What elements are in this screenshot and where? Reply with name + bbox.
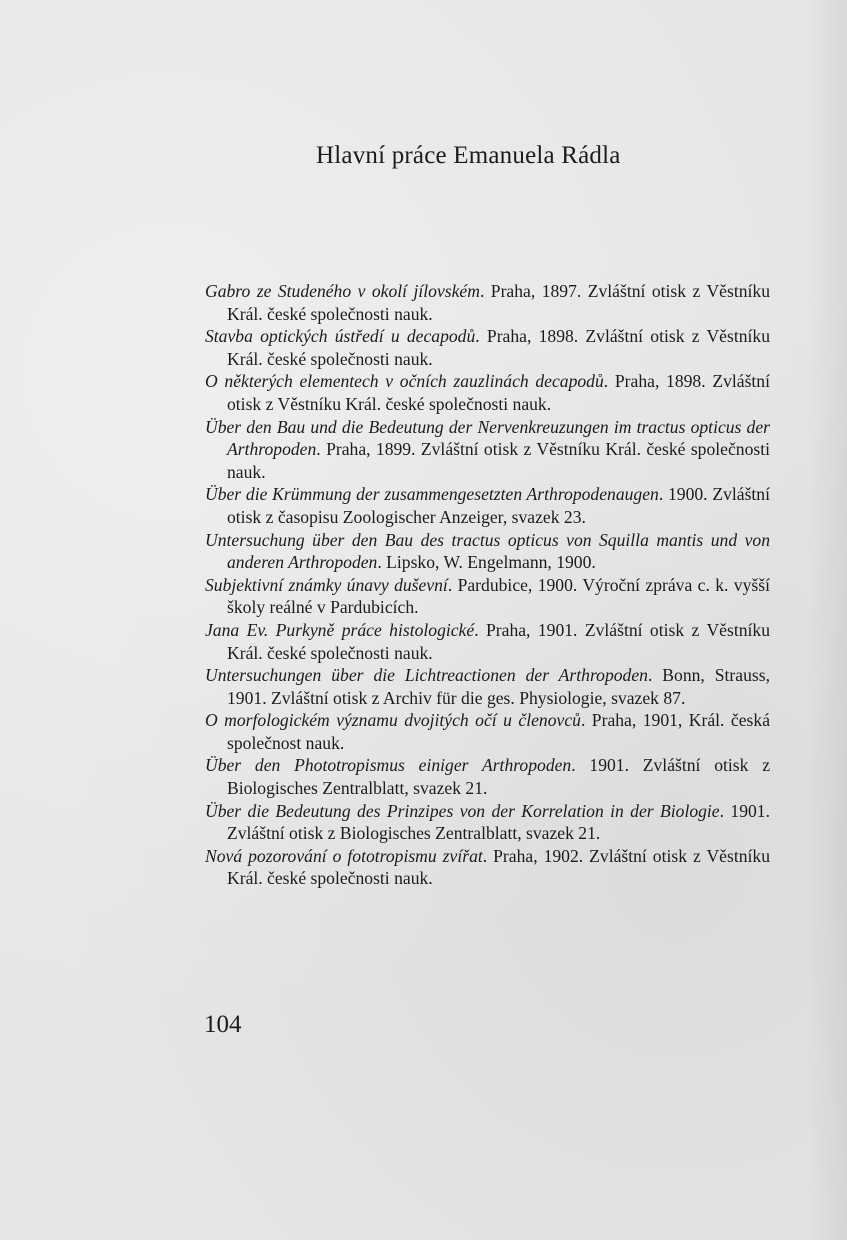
entry-title: Subjektivní známky únavy duševní bbox=[205, 575, 448, 595]
bibliography-entry: Über den Bau und die Bedeutung der Nerve… bbox=[205, 416, 770, 484]
bibliography-entry: Untersuchung über den Bau des tractus op… bbox=[205, 529, 770, 574]
entry-title: Jana Ev. Purkyně práce histologické bbox=[205, 620, 474, 640]
entry-title: Untersuchungen über die Lichtreactionen … bbox=[205, 665, 648, 685]
bibliography-entry: Subjektivní známky únavy duševní. Pardub… bbox=[205, 574, 770, 619]
bibliography-entry: Stavba optických ústředí u decapodů. Pra… bbox=[205, 325, 770, 370]
bibliography-entry: Über die Krümmung der zusammengesetzten … bbox=[205, 483, 770, 528]
entry-details: . Lipsko, W. Engel­mann, 1900. bbox=[377, 552, 595, 572]
entry-title: Über den Phototropismus einiger Arthropo… bbox=[205, 755, 571, 775]
entry-title: O morfologickém významu dvojitých očí u … bbox=[205, 710, 581, 730]
bibliography-entry: Jana Ev. Purkyně práce histologické. Pra… bbox=[205, 619, 770, 664]
bibliography-entry: Gabro ze Studeného v okolí jílovském. Pr… bbox=[205, 280, 770, 325]
bibliography-entry: O některých elementech v očních zauzliná… bbox=[205, 370, 770, 415]
bibliography-entry: O morfologickém významu dvojitých očí u … bbox=[205, 709, 770, 754]
page-number: 104 bbox=[204, 1011, 242, 1039]
bibliography-entry: Nová pozorování o fototropismu zvířat. P… bbox=[205, 845, 770, 890]
scan-shadow bbox=[807, 0, 847, 1240]
entry-title: Über die Bedeutung des Prinzipes von der… bbox=[205, 801, 720, 821]
entry-title: O některých elementech v očních zauzliná… bbox=[205, 371, 604, 391]
entry-title: Gabro ze Studeného v okolí jílovském bbox=[205, 281, 480, 301]
entry-title: Stavba optických ústředí u decapodů bbox=[205, 326, 475, 346]
entry-title: Über die Krümmung der zusammengesetzten … bbox=[205, 484, 659, 504]
bibliography-entry: Über den Phototropismus einiger Arthropo… bbox=[205, 754, 770, 799]
bibliography-list: Gabro ze Studeného v okolí jílovském. Pr… bbox=[205, 280, 770, 890]
bibliography-entry: Untersuchungen über die Lichtreactionen … bbox=[205, 664, 770, 709]
bibliography-entry: Über die Bedeutung des Prinzipes von der… bbox=[205, 800, 770, 845]
entry-title: Nová pozorování o fototropismu zvířat bbox=[205, 846, 483, 866]
page-title: Hlavní práce Emanuela Rádla bbox=[316, 142, 621, 170]
